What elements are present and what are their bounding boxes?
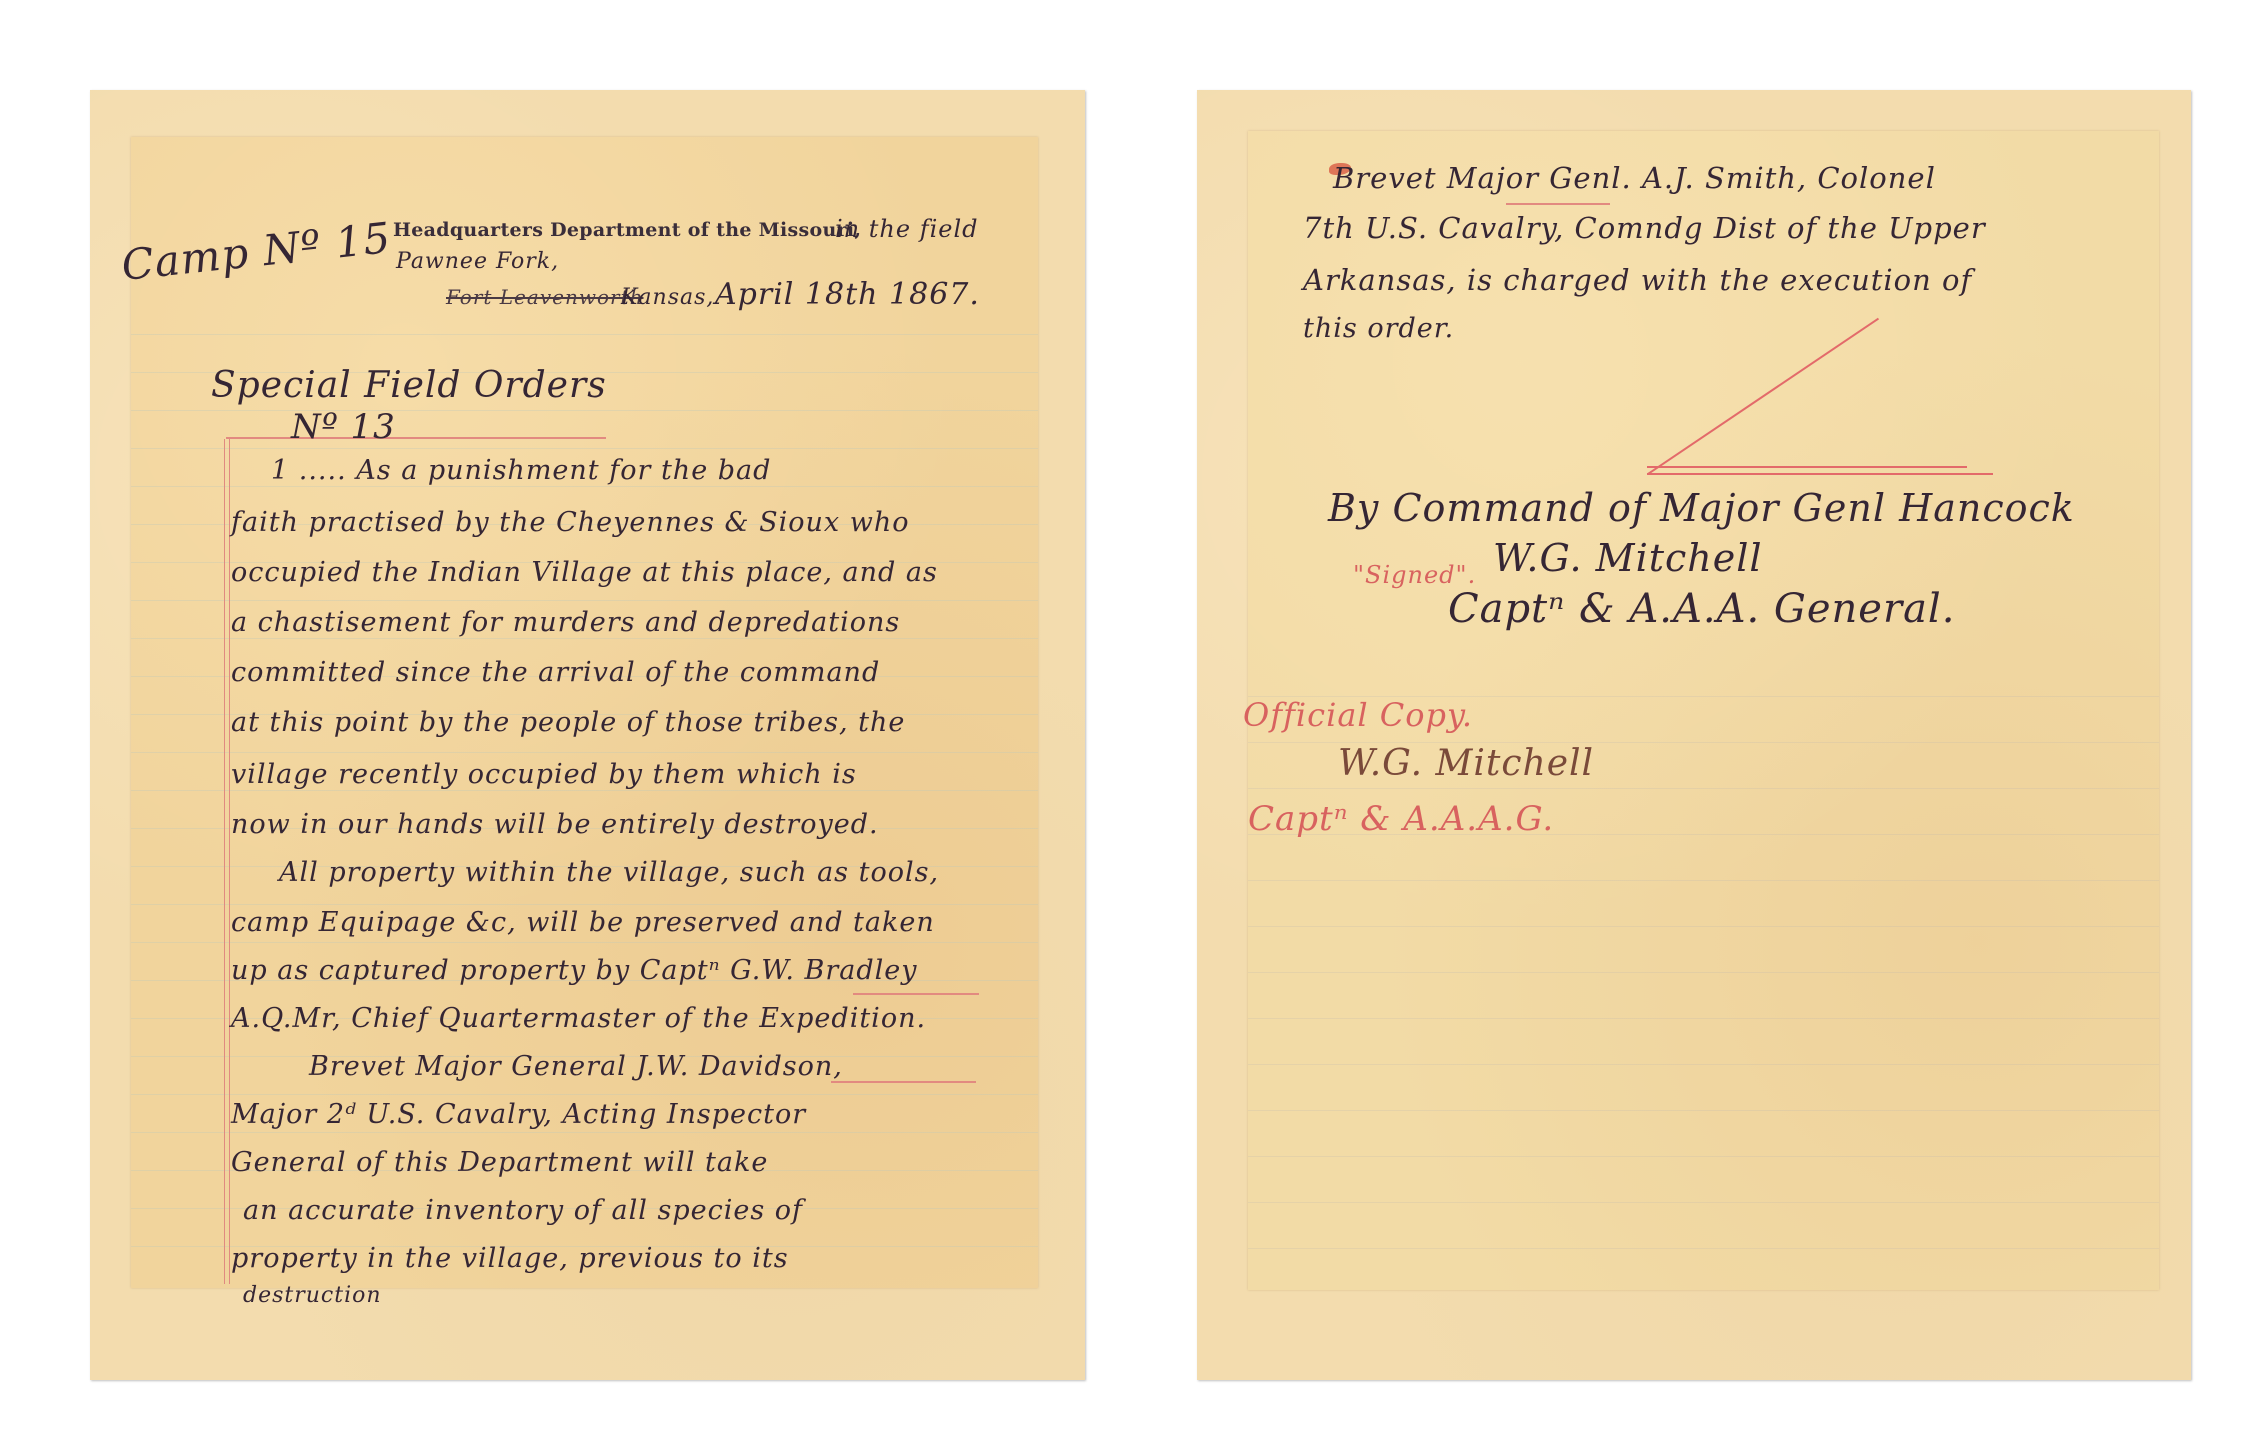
body-line: 7th U.S. Cavalry, Comndg Dist of the Upp… bbox=[1303, 211, 1986, 245]
body-line: committed since the arrival of the comma… bbox=[231, 657, 880, 688]
underline-davidson bbox=[831, 1081, 976, 1083]
signature-title: Captⁿ & A.A.A. General. bbox=[1448, 586, 1955, 632]
body-line: camp Equipage &c, will be preserved and … bbox=[231, 907, 935, 938]
body-line: Arkansas, is charged with the execution … bbox=[1303, 263, 1972, 297]
body-line: Brevet Major General J.W. Davidson, bbox=[309, 1051, 843, 1082]
official-copy-label: Official Copy. bbox=[1243, 696, 1473, 734]
signed-note: "Signed". bbox=[1353, 561, 1476, 589]
right-mat: Brevet Major Genl. A.J. Smith, Colonel 7… bbox=[1197, 90, 2191, 1380]
red-double-rule bbox=[1647, 466, 1967, 468]
underline-smith bbox=[1506, 203, 1610, 205]
left-mat: Camp Nº 15 Headquarters Department of th… bbox=[90, 90, 1085, 1380]
left-document-sheet: Camp Nº 15 Headquarters Department of th… bbox=[131, 137, 1038, 1288]
body-line: at this point by the people of those tri… bbox=[231, 707, 905, 738]
copy-title: Captⁿ & A.A.A.G. bbox=[1248, 799, 1554, 839]
body-line: this order. bbox=[1303, 313, 1454, 344]
body-line: Brevet Major Genl. A.J. Smith, Colonel bbox=[1333, 161, 1936, 195]
signature-name: W.G. Mitchell bbox=[1493, 536, 1763, 580]
order-number: Nº 13 bbox=[291, 407, 396, 447]
body-line: an accurate inventory of all species of bbox=[243, 1195, 803, 1226]
order-title: Special Field Orders bbox=[211, 365, 607, 406]
body-line: destruction bbox=[243, 1283, 382, 1308]
body-line: All property within the village, such as… bbox=[279, 857, 939, 888]
red-margin-line bbox=[224, 439, 230, 1284]
red-double-rule bbox=[1647, 473, 1993, 475]
copy-signature: W.G. Mitchell bbox=[1338, 743, 1594, 784]
body-line: a chastisement for murders and depredati… bbox=[231, 607, 900, 638]
body-line: faith practised by the Cheyennes & Sioux… bbox=[231, 507, 909, 538]
letterhead: Headquarters Department of the Missouri, bbox=[393, 219, 861, 241]
place-state: Kansas, bbox=[621, 285, 714, 310]
body-line: property in the village, previous to its bbox=[231, 1243, 789, 1274]
letterhead-addition: in the field bbox=[835, 215, 979, 243]
place-struck: Fort Leavenworth bbox=[446, 285, 643, 309]
body-line: village recently occupied by them which … bbox=[231, 759, 857, 790]
place-handwritten: Pawnee Fork, bbox=[396, 249, 559, 274]
red-heading-rule bbox=[226, 437, 606, 439]
underline-bradley bbox=[853, 993, 979, 995]
by-command-line: By Command of Major Genl Hancock bbox=[1328, 486, 2075, 530]
camp-number: Camp Nº 15 bbox=[119, 213, 393, 290]
body-line: Major 2ᵈ U.S. Cavalry, Acting Inspector bbox=[231, 1099, 806, 1130]
body-line: General of this Department will take bbox=[231, 1147, 768, 1178]
body-line: occupied the Indian Village at this plac… bbox=[231, 557, 938, 588]
body-line: 1 ..... As a punishment for the bad bbox=[271, 455, 771, 486]
body-line: now in our hands will be entirely destro… bbox=[231, 809, 879, 840]
red-diagonal-mark bbox=[1647, 318, 1879, 475]
body-line: up as captured property by Captⁿ G.W. Br… bbox=[231, 955, 918, 986]
date: April 18th 1867. bbox=[715, 277, 980, 312]
right-document-sheet: Brevet Major Genl. A.J. Smith, Colonel 7… bbox=[1248, 131, 2159, 1290]
body-line: A.Q.Mr, Chief Quartermaster of the Exped… bbox=[231, 1003, 926, 1034]
